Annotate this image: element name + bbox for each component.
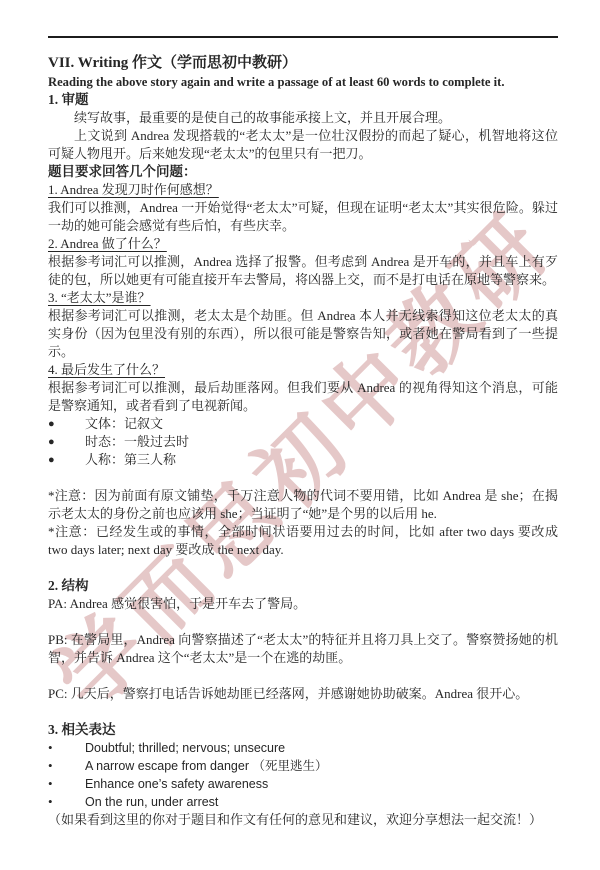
document-page: 学而思初中教研 VII. Writing 作文（学而思初中教研） Reading…	[0, 0, 600, 870]
list-item: ● 人称：第三人称	[48, 451, 558, 469]
section3-heading: 3. 相关表达	[48, 721, 558, 739]
question-4: 4. 最后发生了什么？	[48, 361, 558, 379]
expression-item-4: On the run, under arrest	[85, 793, 218, 811]
structure-pa: PA: Andrea 感觉很害怕，于是开车去了警局。	[48, 595, 558, 613]
question-3: 3. “老太太”是谁？	[48, 289, 558, 307]
answer-1: 我们可以推测，Andrea 一开始觉得“老太太”可疑，但现在证明“老太太”其实很…	[48, 199, 558, 235]
structure-pb: PB: 在警局里，Andrea 向警察描述了“老太太”的特征并且将刀具上交了。警…	[48, 631, 558, 667]
answer-4: 根据参考词汇可以推测，最后劫匪落网。但我们要从 Andrea 的视角得知这个消息…	[48, 379, 558, 415]
bullet-icon: ●	[48, 451, 85, 469]
questions-heading: 题目要求回答几个问题：	[48, 163, 558, 181]
note-1: *注意：因为前面有原文铺垫，千万注意人物的代词不要用错，比如 Andrea 是 …	[48, 487, 558, 523]
note-2: *注意：已经发生或的事情，全部时间状语要用过去的时间，比如 after two …	[48, 523, 558, 559]
analysis-para-2: 上文说到 Andrea 发现搭载的“老太太”是一位壮汉假扮的而起了疑心，机智地将…	[48, 127, 558, 163]
spacer	[48, 469, 558, 487]
structure-pc: PC: 几天后，警察打电话告诉她劫匪已经落网，并感谢她协助破案。Andrea 很…	[48, 685, 558, 703]
bullet-icon: •	[48, 775, 85, 793]
question-1: 1. Andrea 发现刀时作何感想？	[48, 181, 558, 199]
genre-item: 文体：记叙文	[85, 415, 163, 433]
list-item: • A narrow escape from danger （死里逃生）	[48, 757, 558, 775]
person-item: 人称：第三人称	[85, 451, 176, 469]
spacer	[48, 703, 558, 721]
top-rule	[48, 36, 558, 38]
closing-remark: （如果看到这里的你对于题目和作文有任何的意见和建议，欢迎分享想法一起交流！）	[48, 811, 558, 829]
section1-heading: 1. 审题	[48, 91, 558, 109]
bullet-icon: •	[48, 739, 85, 757]
spacer	[48, 613, 558, 631]
question-2: 2. Andrea 做了什么？	[48, 235, 558, 253]
list-item: ● 时态：一般过去时	[48, 433, 558, 451]
expression-item-3: Enhance one’s safety awareness	[85, 775, 268, 793]
list-item: ● 文体：记叙文	[48, 415, 558, 433]
expression-item-1: Doubtful; thrilled; nervous; unsecure	[85, 739, 285, 757]
document-content: VII. Writing 作文（学而思初中教研） Reading the abo…	[48, 28, 558, 829]
section2-heading: 2. 结构	[48, 577, 558, 595]
answer-2: 根据参考词汇可以推测，Andrea 选择了报警。但考虑到 Andrea 是开车的…	[48, 253, 558, 289]
tense-item: 时态：一般过去时	[85, 433, 189, 451]
bullet-icon: •	[48, 793, 85, 811]
bullet-icon: ●	[48, 415, 85, 433]
page-title: VII. Writing 作文（学而思初中教研）	[48, 53, 558, 73]
list-item: • On the run, under arrest	[48, 793, 558, 811]
spacer	[48, 559, 558, 577]
bullet-icon: ●	[48, 433, 85, 451]
answer-3: 根据参考词汇可以推测，老太太是个劫匪。但 Andrea 本人并无线索得知这位老太…	[48, 307, 558, 361]
list-item: • Enhance one’s safety awareness	[48, 775, 558, 793]
bullet-icon: •	[48, 757, 85, 775]
expression-item-2: A narrow escape from danger （死里逃生）	[85, 757, 327, 775]
task-instruction: Reading the above story again and write …	[48, 73, 558, 91]
analysis-para-1: 续写故事，最重要的是使自己的故事能承接上文，并且开展合理。	[48, 109, 558, 127]
list-item: • Doubtful; thrilled; nervous; unsecure	[48, 739, 558, 757]
spacer	[48, 667, 558, 685]
